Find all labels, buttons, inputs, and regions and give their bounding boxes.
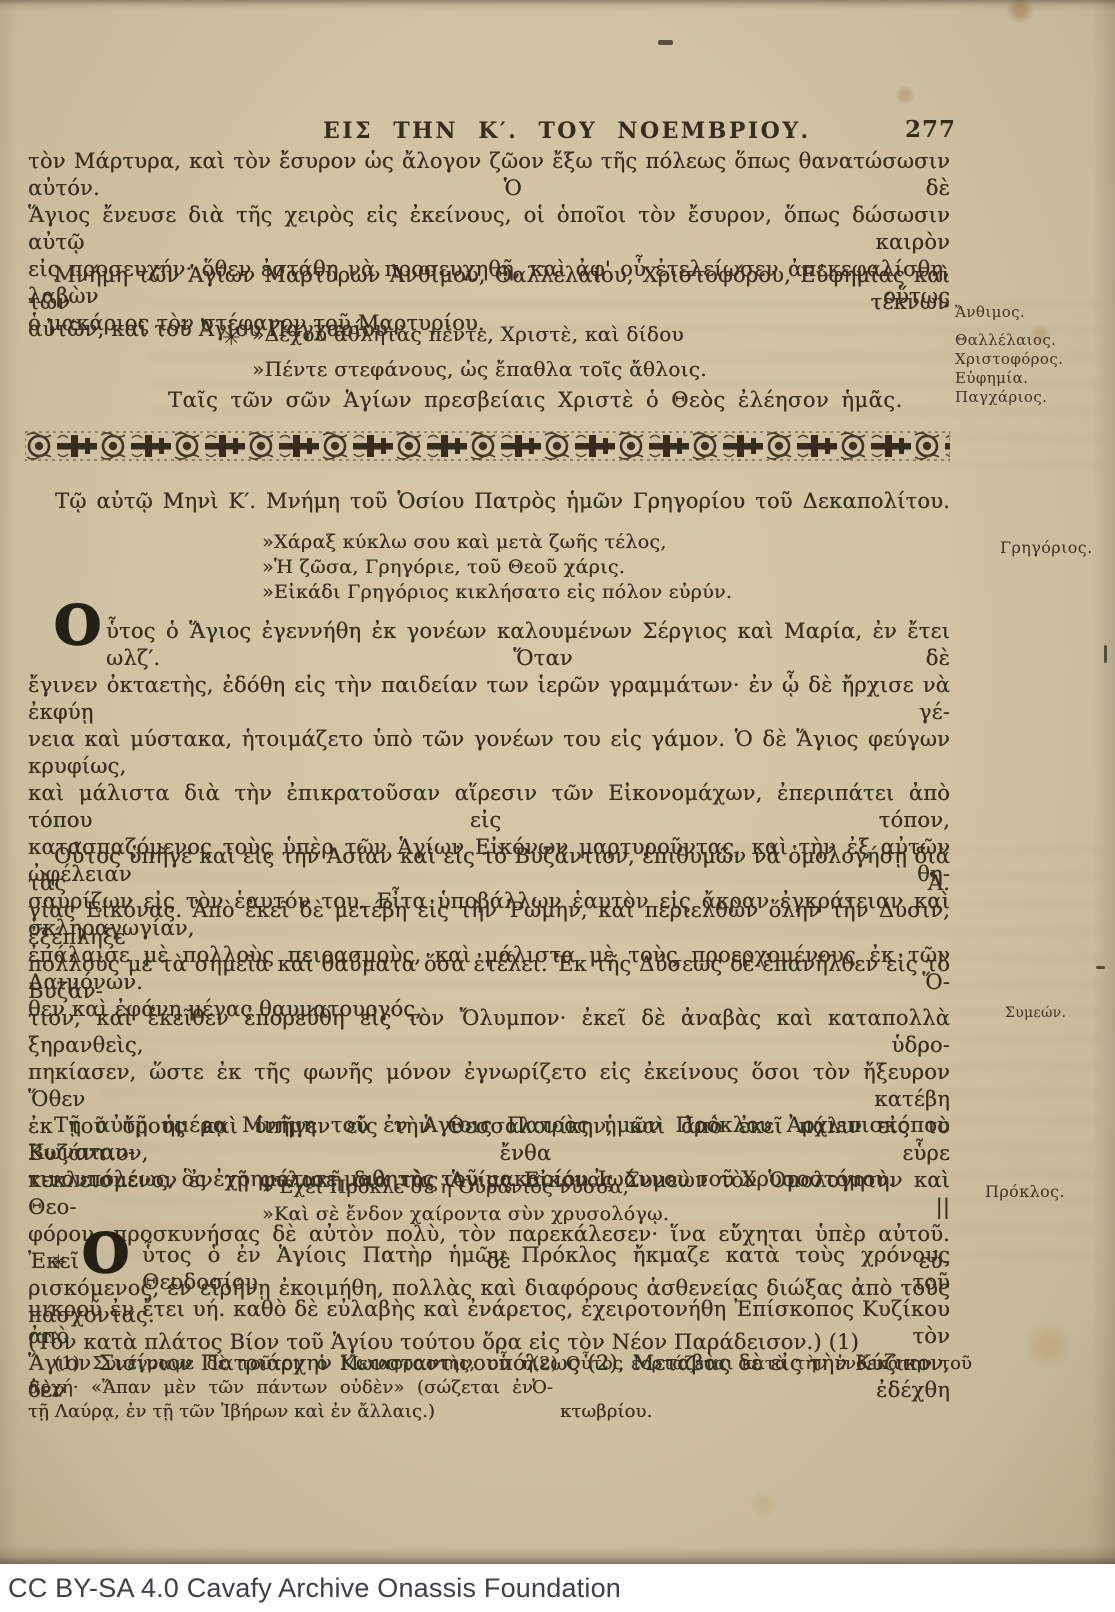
verse-couplet-anthimos: »Δέχου ἀθλητὰς πέντε, Χριστὲ, καὶ δίδου»… — [252, 317, 707, 387]
margin-note-proklos: Πρόκλος. — [985, 1182, 1065, 1201]
ink-smudge — [1104, 645, 1107, 663]
license-text: CC BY-SA 4.0 Cavafy Archive Onassis Foun… — [8, 1573, 621, 1604]
section-heading-gregory: Τῷ αὐτῷ Μηνὶ Κ′. Μνήμη τοῦ Ὁσίου Πατρὸς … — [28, 488, 950, 515]
ink-smudge — [1096, 966, 1105, 969]
footnote-1: (1) Συνέγραψε δὲ τοῦτον ὁ Μεταφραστὴς, ο… — [28, 1352, 533, 1424]
running-header: ΕΙΣ ΤΗΝ Κ′. ΤΟΥ ΝΟΕΜΒΡΙΟΥ. — [323, 118, 811, 144]
margin-note-symeon: Συμεών. — [1005, 1005, 1066, 1021]
verse-couplet-proklos: »Ἔχει Πρόκλε σε ἡ Οὐράνιος νύσσα,»Καὶ σὲ… — [262, 1174, 669, 1228]
doxology-line: Ταῖς τῶν σῶν Ἁγίων πρεσβείαις Χριστὲ ὁ Θ… — [168, 388, 903, 412]
footnote-2: (2) Οὗτος ἑορτάζεται κατὰ τὴν ἑνδεκάτην … — [532, 1352, 972, 1424]
margin-note-gregorios: Γρηγόριος. — [1000, 538, 1093, 557]
license-bar: CC BY-SA 4.0 Cavafy Archive Onassis Foun… — [0, 1564, 1115, 1612]
paper-background: ΕΙΣ ΤΗΝ Κ′. ΤΟΥ ΝΟΕΜΒΡΙΟΥ. 277 τὸν Μάρτυ… — [0, 0, 1115, 1564]
page-number: 277 — [905, 116, 956, 143]
ornamental-divider — [25, 430, 950, 462]
scanned-book-page: ΕΙΣ ΤΗΝ Κ′. ΤΟΥ ΝΟΕΜΒΡΙΟΥ. 277 τὸν Μάρτυ… — [0, 0, 1115, 1612]
ink-smudge — [658, 40, 673, 45]
margin-note-martyr-names: Ἄνθιμος.Θαλλέλαιος.Χριστοφόρος.Εὐφημία.Π… — [955, 303, 1063, 407]
asterisk-star-icon: ✳ — [222, 326, 240, 351]
verse-triplet-gregory: »Χάραξ κύκλω σου καὶ μετὰ ζωῆς τέλος,»Ἡ … — [262, 530, 732, 605]
